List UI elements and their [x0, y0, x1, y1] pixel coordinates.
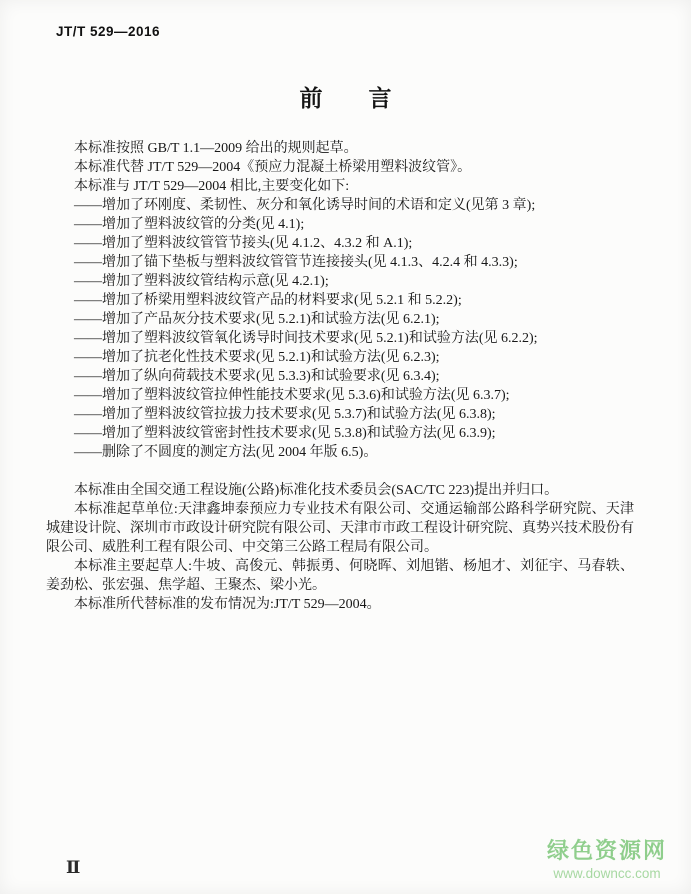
page-number: Ⅱ	[66, 858, 80, 878]
change-item: ——增加了桥梁用塑料波纹管产品的材料要求(见 5.2.1 和 5.2.2);	[46, 291, 634, 310]
intro-line: 本标准与 JT/T 529—2004 相比,主要变化如下:	[46, 177, 634, 196]
change-item: ——增加了锚下垫板与塑料波纹管管节连接接头(见 4.1.3、4.2.4 和 4.…	[46, 253, 634, 272]
change-item: ——增加了环刚度、柔韧性、灰分和氧化诱导时间的术语和定义(见第 3 章);	[46, 196, 634, 215]
change-item: ——删除了不圆度的测定方法(见 2004 年版 6.5)。	[46, 443, 634, 462]
change-item: ——增加了塑料波纹管拉拔力技术要求(见 5.3.7)和试验方法(见 6.3.8)…	[46, 405, 634, 424]
foreword-body: 本标准按照 GB/T 1.1—2009 给出的规则起草。本标准代替 JT/T 5…	[46, 139, 634, 614]
closing-paragraph: 本标准所代替标准的发布情况为:JT/T 529—2004。	[46, 595, 634, 614]
watermark: 绿色资源网 www.downcc.com	[547, 834, 667, 881]
intro-line: 本标准代替 JT/T 529—2004《预应力混凝土桥梁用塑料波纹管》。	[46, 158, 634, 177]
change-item: ——增加了塑料波纹管结构示意(见 4.2.1);	[46, 272, 634, 291]
closing-paragraph: 本标准起草单位:天津鑫坤泰预应力专业技术有限公司、交通运输部公路科学研究院、天津…	[46, 500, 634, 557]
closing-paragraph: 本标准主要起草人:牛坡、高俊元、韩振勇、何晓晖、刘旭锴、杨旭才、刘征宇、马春轶、…	[46, 557, 634, 595]
change-item: ——增加了产品灰分技术要求(见 5.2.1)和试验方法(见 6.2.1);	[46, 310, 634, 329]
paragraph-spacer	[46, 462, 634, 481]
change-item: ——增加了纵向荷载技术要求(见 5.3.3)和试验要求(见 6.3.4);	[46, 367, 634, 386]
intro-paragraphs: 本标准按照 GB/T 1.1—2009 给出的规则起草。本标准代替 JT/T 5…	[46, 139, 634, 196]
closing-paragraphs: 本标准由全国交通工程设施(公路)标准化技术委员会(SAC/TC 223)提出并归…	[46, 481, 634, 614]
change-item: ——增加了塑料波纹管氧化诱导时间技术要求(见 5.2.1)和试验方法(见 6.2…	[46, 329, 634, 348]
changes-list: ——增加了环刚度、柔韧性、灰分和氧化诱导时间的术语和定义(见第 3 章);——增…	[46, 196, 634, 462]
page-title: 前 言	[0, 80, 691, 113]
change-item: ——增加了塑料波纹管管节接头(见 4.1.2、4.3.2 和 A.1);	[46, 234, 634, 253]
closing-paragraph: 本标准由全国交通工程设施(公路)标准化技术委员会(SAC/TC 223)提出并归…	[46, 481, 634, 500]
change-item: ——增加了塑料波纹管密封性技术要求(见 5.3.8)和试验方法(见 6.3.9)…	[46, 424, 634, 443]
change-item: ——增加了塑料波纹管的分类(见 4.1);	[46, 215, 634, 234]
intro-line: 本标准按照 GB/T 1.1—2009 给出的规则起草。	[46, 139, 634, 158]
standard-number: JT/T 529—2016	[56, 24, 160, 39]
watermark-site-url: www.downcc.com	[547, 866, 667, 881]
change-item: ——增加了塑料波纹管拉伸性能技术要求(见 5.3.6)和试验方法(见 6.3.7…	[46, 386, 634, 405]
document-page: JT/T 529—2016 前 言 本标准按照 GB/T 1.1—2009 给出…	[0, 0, 691, 894]
watermark-site-name: 绿色资源网	[547, 834, 667, 865]
change-item: ——增加了抗老化性技术要求(见 5.2.1)和试验方法(见 6.2.3);	[46, 348, 634, 367]
